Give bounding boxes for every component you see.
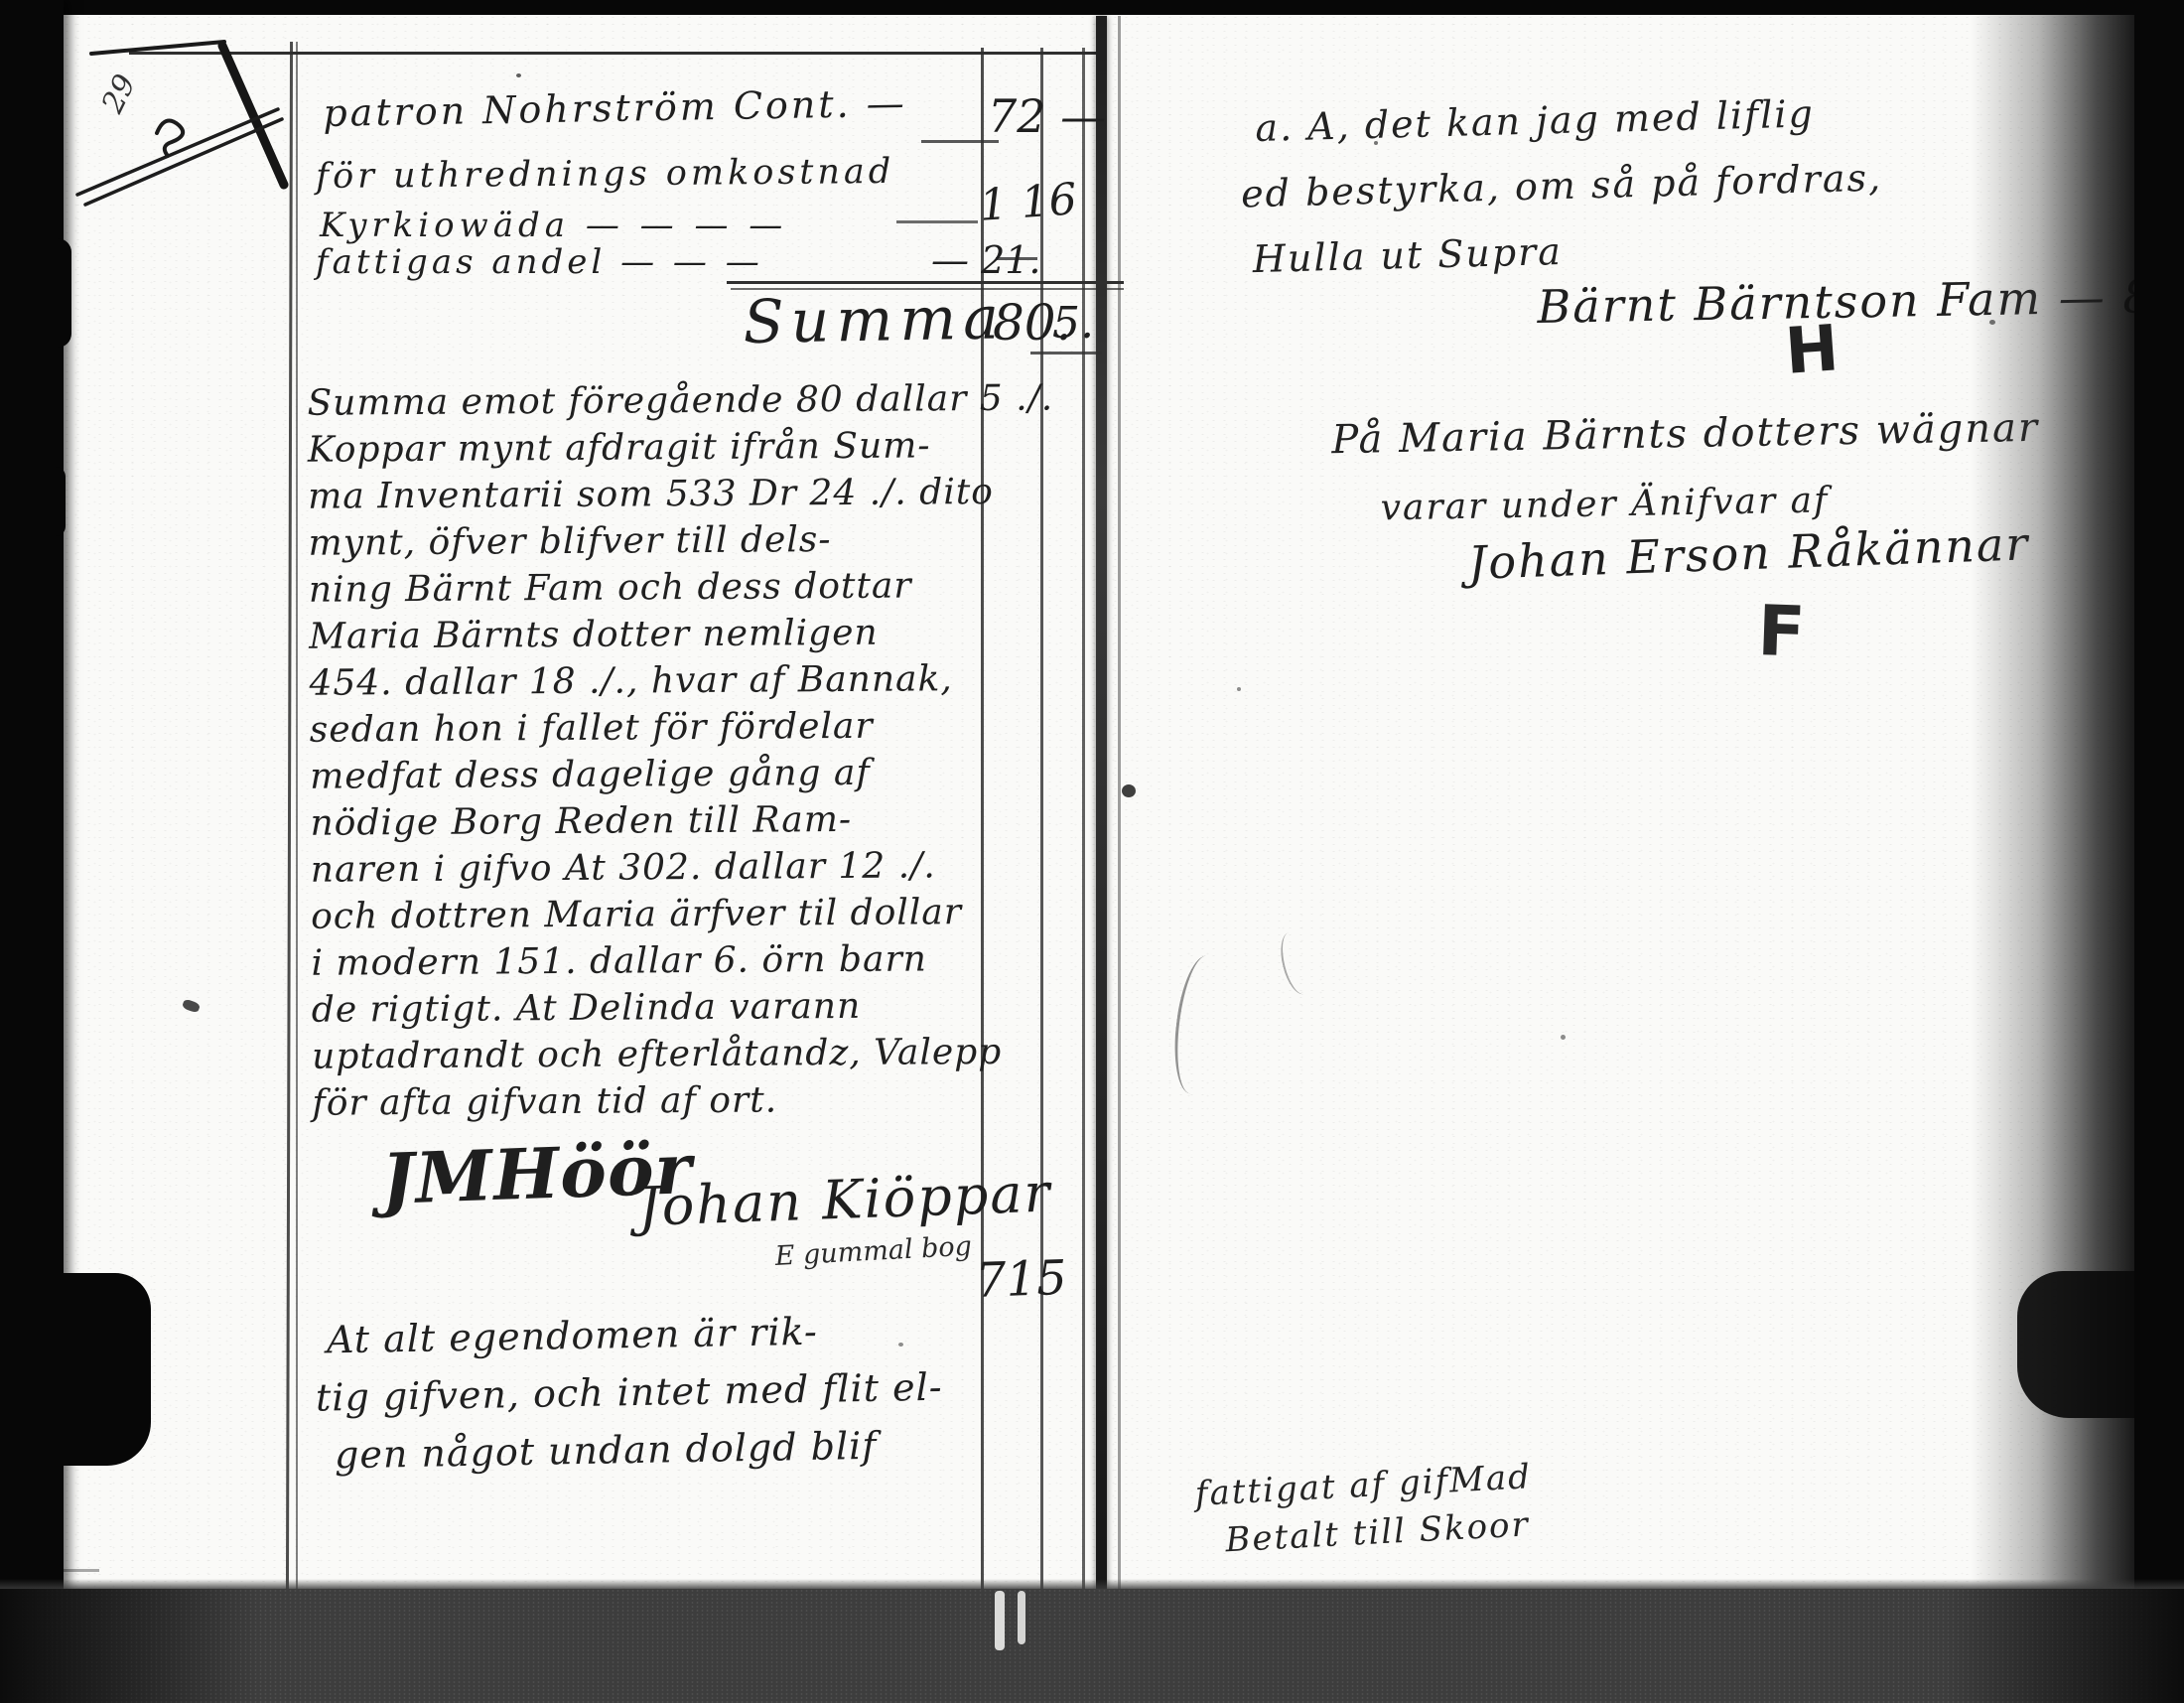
film-border-bottom-band: [0, 1589, 2184, 1703]
margin-pen-mark: [73, 34, 292, 227]
summa-label: Summa: [743, 283, 1006, 357]
body-line: nödige Borg Reden till Ram-: [310, 794, 1094, 847]
left-page-body-paragraph: Summa emot föregående 80 dallar 5 ./. Ko…: [307, 374, 1096, 1126]
body-line: ma Inventarii som 533 Dr 24 ./. dito: [308, 468, 1092, 520]
ledger-row-3-text: Kyrkiowäda — — — —: [320, 206, 787, 245]
document-scan: 29 patron Nohrström Cont. — 72 — för uth…: [0, 0, 2184, 1703]
ink-speck: [516, 73, 521, 77]
body-line: mynt, öfver blifver till dels-: [308, 514, 1092, 567]
body-line: de rigtigt. At Delinda varann: [312, 981, 1096, 1034]
closing-line: gen något undan dolgd blif: [335, 1416, 944, 1485]
page-fold-gutter-line: [1096, 16, 1107, 1591]
page-fold-secondary-line: [1118, 16, 1121, 1591]
body-line: 454. dallar 18 ./., hvar af Bannak,: [309, 654, 1093, 707]
body-line: medfat dess dagelige gång af: [310, 748, 1094, 800]
summa-upper-rule: [727, 281, 1124, 284]
body-line: och dottren Maria ärfver til dollar: [311, 888, 1095, 940]
body-line: i modern 151. dallar 6. örn barn: [311, 934, 1095, 987]
ledger-tick-line-2: [896, 220, 978, 223]
ledger-row-4-amount: — 21.: [931, 238, 1041, 282]
bomarke-f-mark: F: [1756, 590, 1807, 673]
left-margin-line-double: [296, 42, 298, 1589]
bomarke-h-mark: H: [1783, 312, 1842, 389]
body-line: Maria Bärnts dotter nemligen: [309, 608, 1093, 660]
ledger-row-1-amount: 72 —: [988, 89, 1106, 143]
ledger-row-2-amount: 1 16: [978, 174, 1078, 231]
body-line: för afta gifvan tid af ort.: [312, 1074, 1096, 1127]
ink-speck: [898, 1343, 903, 1347]
ledger-row-4-text: fattigas andel — — —: [316, 242, 763, 282]
summa-lower-rule: [1030, 352, 1102, 355]
summa-ore-value: 5.: [1052, 298, 1094, 349]
closing-line: At alt egendomen är rik-: [327, 1301, 942, 1369]
ledger-row-2-text: för uthrednings omkostnad: [316, 152, 894, 197]
signature-kioppar-number: 715: [975, 1250, 1068, 1309]
ink-speck: [1561, 1035, 1566, 1040]
body-line: sedan hon i fallet för fördelar: [310, 701, 1094, 754]
body-line: uptadrandt och efterlåtandz, Valepp: [312, 1028, 1096, 1080]
film-border-rough-edge: [52, 467, 66, 536]
ink-speck: [1374, 141, 1378, 145]
ink-blot: [1122, 784, 1136, 797]
film-border-right: [2134, 0, 2184, 1703]
maria-line: På Maria Bärnts dotters wägnar: [1331, 393, 2040, 475]
film-clamp-shadow-left: [0, 1273, 151, 1466]
ink-speck: [1237, 687, 1241, 691]
right-page-body-paragraph: a. A, det kan jag med liflig ed bestyrka…: [1239, 79, 1885, 293]
bottom-left-dark-corner: [0, 1589, 258, 1703]
film-border-rough-edge: [52, 238, 71, 348]
body-line: Koppar mynt afdragit ifrån Sum-: [308, 421, 1092, 474]
left-page-closing-paragraph: At alt egendomen är rik- tig gifven, och…: [327, 1301, 944, 1485]
body-line: ning Bärnt Fam och dess dottar: [309, 561, 1093, 614]
column-line-continuation-mark: [1018, 1591, 1025, 1644]
body-line: naren i gifvo At 302. dallar 12 ./.: [311, 841, 1095, 894]
right-page-bottom-note: fattigat af gifMad Betalt till Skoor: [1194, 1453, 1536, 1566]
body-line: Summa emot föregående 80 dallar 5 ./.: [307, 374, 1091, 427]
film-border-top: [0, 0, 2184, 15]
bottom-right-dark-corner: [1946, 1589, 2184, 1703]
column-line-continuation-mark: [995, 1591, 1005, 1650]
